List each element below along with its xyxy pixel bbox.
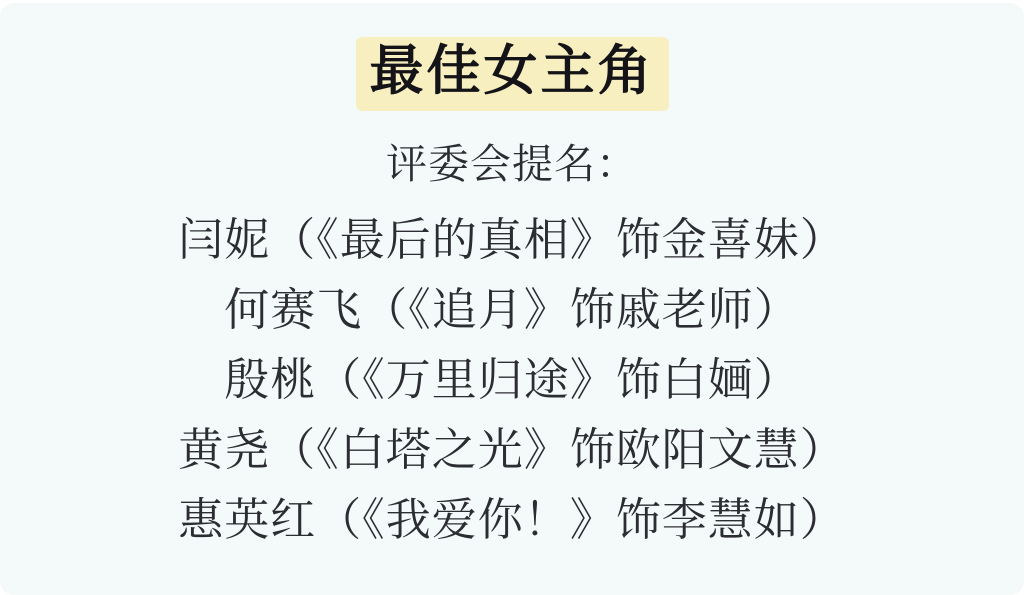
nomination-card: 最佳女主角 评委会提名： 闫妮（《最后的真相》饰金喜妹） 何赛飞（《追月》饰戚老…	[0, 3, 1024, 595]
page-title: 最佳女主角	[370, 39, 655, 103]
nominee-line-2: 何赛飞（《追月》饰戚老师）	[224, 285, 800, 335]
nominee-list: 闫妮（《最后的真相》饰金喜妹） 何赛飞（《追月》饰戚老师） 殷桃（《万里归途》饰…	[178, 205, 846, 555]
title-highlight: 最佳女主角	[356, 37, 669, 111]
nominee-line-3: 殷桃（《万里归途》饰白婳）	[224, 355, 800, 405]
nominee-line-1: 闫妮（《最后的真相》饰金喜妹）	[178, 215, 846, 265]
nominee-line-4: 黄尧（《白塔之光》饰欧阳文慧）	[178, 425, 846, 475]
nominee-line-5: 惠英红（《我爱你！》饰李慧如）	[178, 495, 846, 545]
jury-nomination-label: 评委会提名：	[386, 139, 638, 189]
